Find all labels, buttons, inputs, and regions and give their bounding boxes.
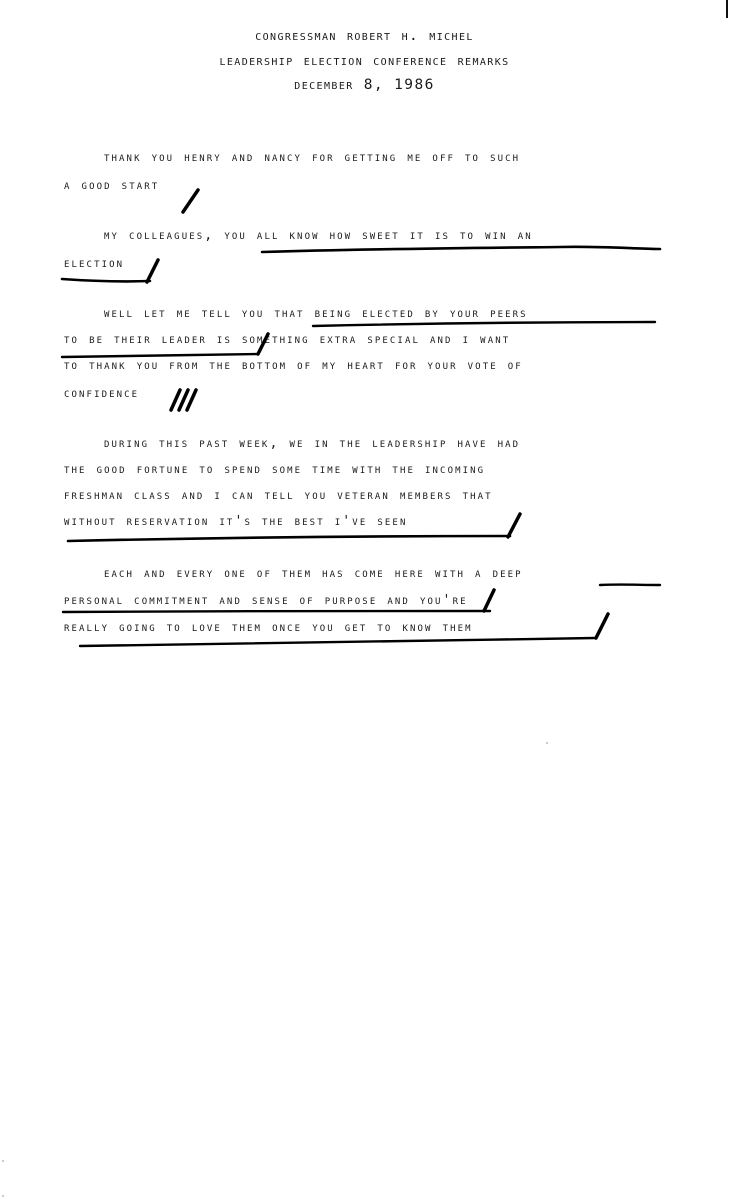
pause-slash-mark bbox=[508, 514, 520, 537]
pause-slash-mark bbox=[596, 614, 608, 638]
text-line: to thank you from the bottom of my heart… bbox=[64, 358, 523, 373]
scan-speck bbox=[546, 742, 548, 744]
text-line: Each and every one of them has come here… bbox=[104, 566, 523, 581]
text-line: really going to love them once you get t… bbox=[64, 620, 473, 635]
text-line: personal commitment and sense of purpose… bbox=[64, 593, 468, 608]
text-line: During this past week, we in the leaders… bbox=[104, 436, 520, 451]
underline-mark bbox=[262, 247, 660, 252]
text-line: Well let me tell you that being elected … bbox=[104, 306, 528, 321]
underline-mark bbox=[313, 322, 655, 326]
text-line: Thank you Henry and Nancy for getting me… bbox=[104, 150, 520, 165]
underline-mark bbox=[63, 611, 490, 612]
underline-mark bbox=[62, 279, 150, 281]
underline-mark bbox=[80, 638, 595, 646]
stop-slash-mark bbox=[187, 390, 196, 410]
document-header: Congressman Robert H. Michel Leadership … bbox=[0, 24, 729, 98]
stop-slash-mark bbox=[179, 390, 188, 410]
underline-mark bbox=[62, 354, 258, 357]
stop-slash-mark bbox=[171, 390, 180, 410]
header-title: Leadership Election Conference Remarks bbox=[0, 49, 729, 74]
header-date: December 8, 1986 bbox=[0, 73, 729, 98]
text-line: without reservation it's the best I've s… bbox=[64, 514, 407, 529]
text-line: freshman class and I can tell you vetera… bbox=[64, 488, 493, 503]
scan-edge-mark bbox=[726, 0, 728, 18]
pause-slash-mark bbox=[183, 190, 198, 212]
underline-mark bbox=[68, 536, 510, 541]
pause-slash-mark bbox=[484, 590, 494, 611]
pause-slash-mark bbox=[147, 260, 158, 282]
scan-speck bbox=[2, 1195, 4, 1197]
scan-speck bbox=[2, 1160, 4, 1162]
text-line: My colleagues, you all know how sweet it… bbox=[104, 228, 533, 243]
text-line: a good start bbox=[64, 178, 159, 193]
text-line: to be their Leader is something extra sp… bbox=[64, 332, 510, 347]
text-line: the good fortune to spend some time with… bbox=[64, 462, 485, 477]
text-line: confidence bbox=[64, 386, 139, 401]
text-line: election bbox=[64, 256, 124, 271]
header-name: Congressman Robert H. Michel bbox=[0, 24, 729, 49]
